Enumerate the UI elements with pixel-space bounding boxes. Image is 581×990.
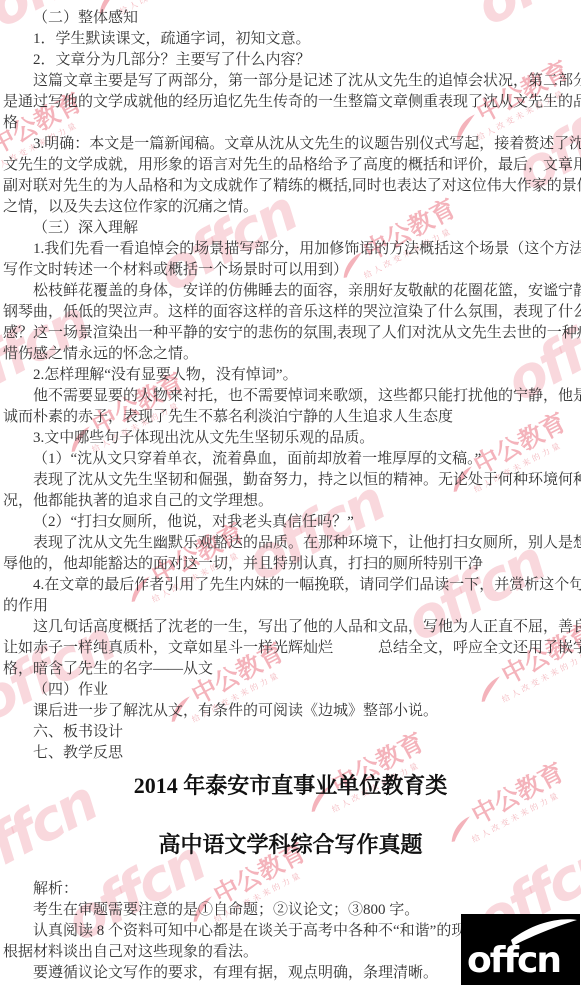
lesson-plan-text: （二）整体感知1．学生默读课文，疏通字词，初知文意。2．文章分为几部分？主要写了…	[3, 8, 578, 764]
document-page: offcn中公教育给人改变未来的力量offcn中公教育给人改变未来的力量offc…	[0, 0, 581, 990]
text-line: 解析：	[3, 879, 578, 900]
text-line: 惜伤感之情永远的怀念之情。	[3, 344, 578, 365]
text-line: （四）作业	[3, 680, 578, 701]
text-line: 2.怎样理解“没有显要人物，没有悼词”。	[3, 365, 578, 386]
text-line: （2）“打扫女厕所，他说，对我老头真信任吗？”	[3, 512, 578, 533]
text-line: 感？这一场景渲染出一种平静的安宁的悲伤的氛围,表现了人们对沈从文先生去世的一种痛	[3, 323, 578, 344]
text-line: 写作文时转述一个材料或概括一个场景时可以用到）	[3, 260, 578, 281]
text-line: 3.明确：本文是一篇新闻稿。文章从沈从文先生的议题告别仪式写起，接着赘述了沈从	[3, 134, 578, 155]
text-line: 这篇文章主要是写了两部分，第一部分是记述了沈从文先生的追悼会状况，第二部分则	[3, 71, 578, 92]
text-line: 况，他都能执著的追求自己的文学理想。	[3, 491, 578, 512]
text-line: 诚而朴素的赤子，表现了先生不慕名利淡泊宁静的人生追求人生态度	[3, 407, 578, 428]
doc-title-line2: 高中语文学科综合写作真题	[3, 832, 578, 858]
document-body: （二）整体感知1．学生默读课文，疏通字词，初知文意。2．文章分为几部分？主要写了…	[3, 8, 578, 984]
text-line: 七、教学反思	[3, 743, 578, 764]
text-line: 1.我们先看一看追悼会的场景描写部分，用加修饰语的方法概括这个场景（这个方法在	[3, 239, 578, 260]
text-line: 之情，以及失去这位作家的沉痛之情。	[3, 197, 578, 218]
text-line: 文先生的文学成就，用形象的语言对先生的品格给予了高度的概括和评价，最后，文章用一	[3, 155, 578, 176]
text-line: （二）整体感知	[3, 8, 578, 29]
text-line: 的作用	[3, 596, 578, 617]
text-line: 表现了沈从文先生坚韧和倔强，勤奋努力，持之以恒的精神。无论处于何种环境何种境	[3, 470, 578, 491]
offcn-logo-image: offcn	[461, 914, 580, 985]
text-line: 钢琴曲，低低的哭泣声。这样的面容这样的音乐这样的哭泣渲染了什么氛围，表现了什么情	[3, 302, 578, 323]
text-line: 3.文中哪些句子体现出沈从文先生坚韧乐观的品质。	[3, 428, 578, 449]
text-line: 他不需要显要的人物来衬托，也不需要悼词来歌颂，这些都只能打扰他的宁静，他是真	[3, 386, 578, 407]
offcn-logo: offcn	[461, 914, 580, 985]
text-line: 这几句话高度概括了沈老的一生，写出了他的人品和文品，写他为人正直不屈，善良谦	[3, 617, 578, 638]
offcn-logo-text: offcn	[467, 940, 560, 981]
text-line: 六、板书设计	[3, 722, 578, 743]
text-line: 是通过写他的文学成就他的经历追忆先生传奇的一生整篇文章侧重表现了沈从文先生的品	[3, 92, 578, 113]
text-line: 松枝鲜花覆盖的身体，安详的仿佛睡去的面容，亲朋好友敬献的花圈花篮，安谧宁静的	[3, 281, 578, 302]
text-line: 格	[3, 113, 578, 134]
text-line: 2．文章分为几部分？主要写了什么内容？	[3, 50, 578, 71]
text-line: （三）深入理解	[3, 218, 578, 239]
text-line: 课后进一步了解沈从文，有条件的可阅读《边城》整部小说。	[3, 701, 578, 722]
text-line: 表现了沈从文先生幽默乐观豁达的品质。在那种环境下，让他打扫女厕所，别人是想侮	[3, 533, 578, 554]
text-line: 1．学生默读课文，疏通字词，初知文意。	[3, 29, 578, 50]
text-line: 4.在文章的最后作者引用了先生内妹的一幅挽联，请同学们品读一下，并赏析这个句子	[3, 575, 578, 596]
text-line: 格，暗含了先生的名字——从文	[3, 659, 578, 680]
text-line: （1）“沈从文只穿着单衣，流着鼻血，面前却放着一堆厚厚的文稿。”	[3, 449, 578, 470]
watermark-brand-text: 中公教育	[116, 0, 216, 1]
doc-title-line1: 2014 年泰安市直事业单位教育类	[3, 773, 578, 799]
text-line: 让如赤子一样纯真质朴，文章如星斗一样光辉灿烂 总结全文，呼应全文还用了嵌字	[3, 638, 578, 659]
text-line: 辱他的，他却能豁达的面对这一切，并且特别认真，打扫的厕所特别干净	[3, 554, 578, 575]
text-line: 副对联对先生的为人品格和为文成就作了精练的概括,同时也表达了对这位伟大作家的景仰	[3, 176, 578, 197]
